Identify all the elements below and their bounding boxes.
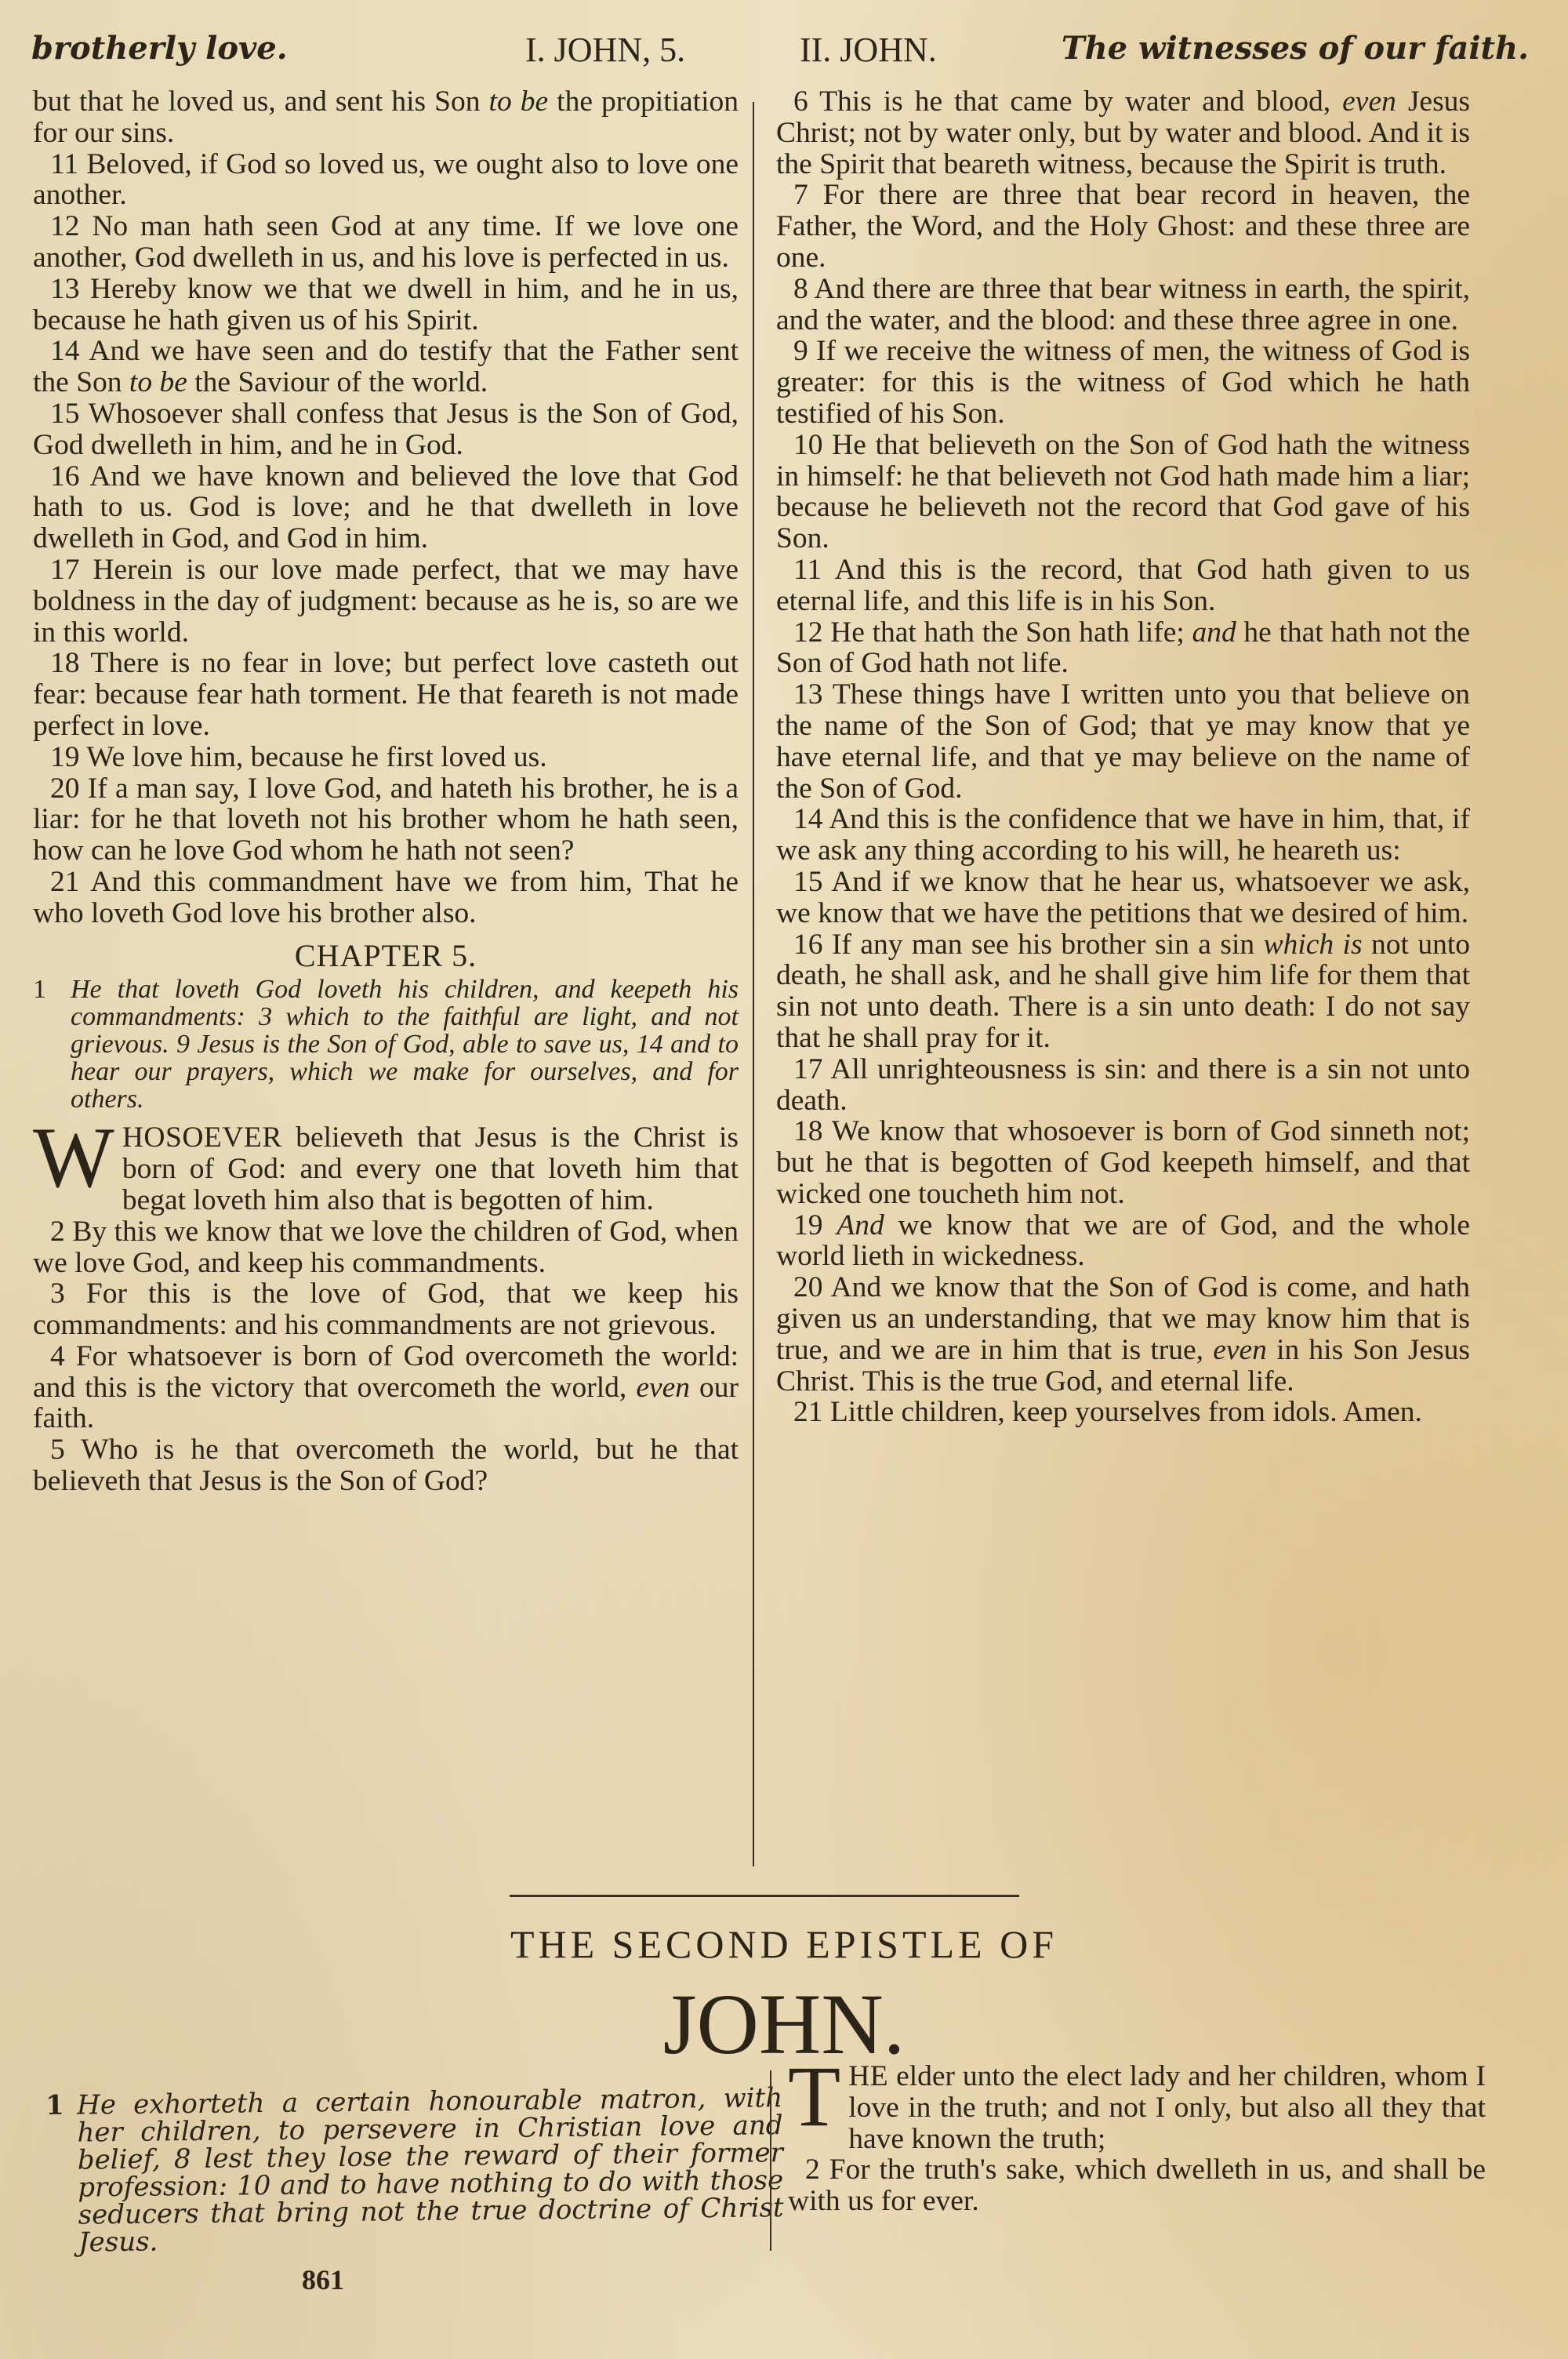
running-head-left: brotherly love.: [31, 30, 288, 67]
verse-text: And this is the confidence that we have …: [776, 803, 1470, 867]
epistle-summary: 1He exhorteth a certain honourable matro…: [45, 2085, 784, 2257]
summary-number: 1: [45, 2092, 77, 2120]
section-divider: [510, 1895, 1019, 1897]
page-number: 861: [302, 2263, 344, 2296]
verse-text: He that believeth on the Son of God hath…: [776, 429, 1470, 554]
verse-number: 5: [33, 1434, 65, 1466]
verse-number: 13: [33, 273, 80, 305]
verse-text: If we receive the witness of men, the wi…: [776, 335, 1470, 430]
verse-number: 9: [776, 335, 808, 367]
verse: 21 And this commandment have we from him…: [33, 867, 739, 929]
verse-number: 21: [776, 1396, 823, 1428]
verse-number: 20: [33, 772, 80, 805]
verse: 13 Hereby know we that we dwell in him, …: [33, 274, 739, 336]
chapter-summary: 1He that loveth God loveth his children,…: [33, 976, 739, 1113]
verse: 17 Herein is our love made perfect, that…: [33, 554, 739, 648]
verse-number: 16: [33, 460, 80, 493]
chapter-heading: CHAPTER 5.: [33, 940, 739, 972]
column-divider-bottom: [770, 2070, 771, 2251]
verse-number: 2: [788, 2154, 820, 2186]
right-column: 6 This is he that came by water and bloo…: [776, 86, 1470, 1428]
column-divider: [753, 102, 754, 1866]
verse-text: All unrighteousness is sin: and there is…: [776, 1053, 1470, 1117]
verse-text: We love him, because he first loved us.: [86, 741, 546, 773]
verse-text: Who is he that overcometh the world, but…: [33, 1434, 739, 1497]
verse: 6 This is he that came by water and bloo…: [776, 86, 1470, 180]
verse-text: For this is the love of God, that we kee…: [33, 1278, 739, 1341]
summary-text: He exhorteth a certain honourable matron…: [77, 2082, 784, 2258]
verse: 13 These things have I written unto you …: [776, 679, 1470, 804]
verse: 14 And this is the confidence that we ha…: [776, 804, 1470, 867]
scanned-page: brotherly love. I. JOHN, 5. II. JOHN. Th…: [0, 0, 1568, 2359]
summary-number: 1: [33, 976, 71, 1003]
verse-number: 11: [776, 554, 822, 586]
verse-text: And this is the record, that God hath gi…: [776, 554, 1470, 617]
verse-text: These things have I written unto you tha…: [776, 678, 1470, 804]
verse-text: Hereby know we that we dwell in him, and…: [33, 273, 739, 336]
verse: 16 If any man see his brother sin a sin …: [776, 929, 1470, 1054]
verse-1-dropcap: THE elder unto the elect lady and her ch…: [788, 2061, 1486, 2154]
verse-number: 11: [33, 148, 78, 180]
verse-text: There is no fear in love; but perfect lo…: [33, 647, 739, 742]
verse-number: 20: [776, 1271, 823, 1303]
verse: 11 And this is the record, that God hath…: [776, 554, 1470, 617]
verse-number: 10: [776, 429, 823, 461]
verse: 2 By this we know that we love the child…: [33, 1216, 739, 1279]
verse-text: We know that whosoever is born of God si…: [776, 1115, 1470, 1210]
verse-number: 14: [33, 335, 80, 367]
verse-number: 15: [776, 866, 823, 898]
verse: 18 We know that whosoever is born of God…: [776, 1116, 1470, 1209]
verse: 19 We love him, because he first loved u…: [33, 742, 739, 773]
verse-number: 12: [776, 616, 823, 649]
verse-number: 3: [33, 1278, 65, 1310]
running-head-next-book: II. JOHN.: [800, 30, 937, 70]
verse-number: 21: [33, 866, 80, 898]
epistle-opening-text: THE elder unto the elect lady and her ch…: [788, 2061, 1486, 2217]
verse: 10 He that believeth on the Son of God h…: [776, 430, 1470, 554]
running-head: brotherly love. I. JOHN, 5. II. JOHN. Th…: [31, 24, 1537, 71]
verse: 20 If a man say, I love God, and hateth …: [33, 773, 739, 867]
verse-text: If a man say, I love God, and hateth his…: [33, 772, 739, 867]
epistle-title: THE SECOND EPISTLE OF: [0, 1921, 1568, 1967]
verse: 14 And we have seen and do testify that …: [33, 336, 739, 398]
verse: 15 And if we know that he hear us, whats…: [776, 867, 1470, 929]
verse-text: And there are three that bear witness in…: [776, 273, 1470, 336]
verse-text: Beloved, if God so loved us, we ought al…: [33, 148, 739, 212]
summary-text: He that loveth God loveth his children, …: [71, 975, 739, 1114]
running-head-right: The witnesses of our faith.: [1062, 30, 1529, 67]
verse-number: 18: [776, 1115, 823, 1147]
verse-number: 13: [776, 678, 823, 711]
verse: 8 And there are three that bear witness …: [776, 274, 1470, 336]
drop-cap: W: [33, 1124, 114, 1191]
verse-number: 4: [33, 1340, 65, 1372]
verse-number: 8: [776, 273, 808, 305]
verse-opening-caps: HE: [848, 2060, 888, 2092]
verse: 5 Who is he that overcometh the world, b…: [33, 1434, 739, 1497]
verse: 15 Whosoever shall confess that Jesus is…: [33, 398, 739, 461]
verse-number: 2: [33, 1216, 65, 1248]
verse-number: 15: [33, 398, 80, 430]
verse-number: 19: [776, 1209, 823, 1241]
epistle-name: JOHN.: [0, 1975, 1568, 2074]
verse: 7 For there are three that bear record i…: [776, 180, 1470, 273]
verse-text: And we have known and believed the love …: [33, 460, 739, 555]
verse: 21 Little children, keep yourselves from…: [776, 1397, 1470, 1428]
verse: 20 And we know that the Son of God is co…: [776, 1272, 1470, 1397]
verse-text: elder unto the elect lady and her childr…: [848, 2060, 1486, 2155]
verse: 12 He that hath the Son hath life; and h…: [776, 617, 1470, 680]
verse: 16 And we have known and believed the lo…: [33, 461, 739, 554]
verse-text: For there are three that bear record in …: [776, 179, 1470, 274]
verse: 9 If we receive the witness of men, the …: [776, 336, 1470, 429]
verse: 4 For whatsoever is born of God overcome…: [33, 1341, 739, 1434]
verse-number: 17: [776, 1053, 823, 1085]
verse-opening-caps: HOSOEVER: [122, 1121, 282, 1154]
verse: 11 Beloved, if God so loved us, we ought…: [33, 149, 739, 212]
verse-text: And if we know that he hear us, whatsoev…: [776, 866, 1470, 929]
verse-number: 7: [776, 179, 808, 211]
verse-number: 18: [33, 647, 80, 679]
running-head-book-chapter: I. JOHN, 5.: [525, 30, 685, 70]
verse-text: Little children, keep yourselves from id…: [830, 1396, 1422, 1428]
verse: 18 There is no fear in love; but perfect…: [33, 648, 739, 741]
verse: 3 For this is the love of God, that we k…: [33, 1278, 739, 1341]
left-column: but that he loved us, and sent his Son t…: [33, 86, 739, 1497]
verse-number: 12: [33, 210, 80, 242]
verse: 2 For the truth's sake, which dwelleth i…: [788, 2154, 1486, 2217]
verse-continuation: but that he loved us, and sent his Son t…: [33, 86, 739, 149]
drop-cap: T: [788, 2063, 840, 2130]
verse-text: By this we know that we love the childre…: [33, 1216, 739, 1279]
verse-number: 14: [776, 803, 823, 835]
verse-text: For the truth's sake, which dwelleth in …: [788, 2154, 1486, 2217]
verse-1-dropcap: WHOSOEVER believeth that Jesus is the Ch…: [33, 1122, 739, 1216]
verse: 17 All unrighteousness is sin: and there…: [776, 1054, 1470, 1117]
verse-number: 17: [33, 554, 80, 586]
verse-text: And this commandment have we from him, T…: [33, 866, 739, 929]
verse-text: No man hath seen God at any time. If we …: [33, 210, 739, 274]
verse-text: Herein is our love made perfect, that we…: [33, 554, 739, 649]
verse: 12 No man hath seen God at any time. If …: [33, 211, 739, 274]
verse: 19 And we know that we are of God, and t…: [776, 1210, 1470, 1273]
verse-number: 19: [33, 741, 80, 773]
verse-number: 6: [776, 85, 808, 118]
verse-text: Whosoever shall confess that Jesus is th…: [33, 398, 739, 461]
verse-number: 16: [776, 929, 823, 961]
